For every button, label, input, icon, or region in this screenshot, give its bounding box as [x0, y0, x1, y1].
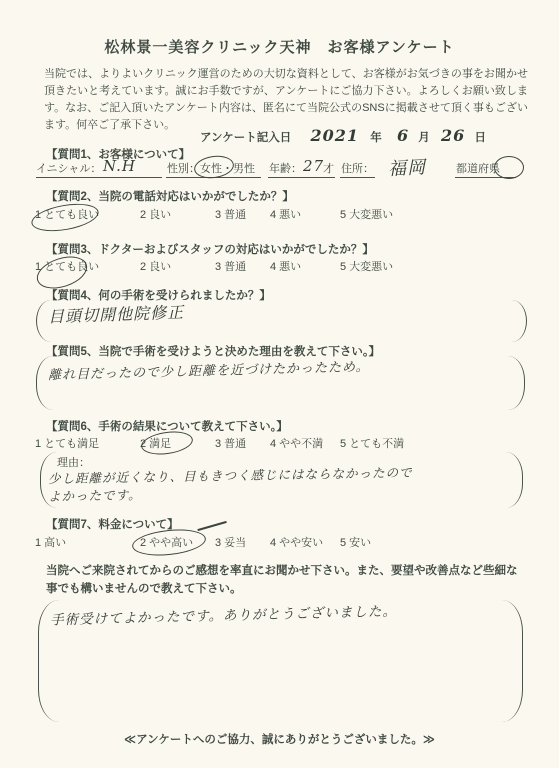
age-value-handwritten: 27: [303, 157, 324, 175]
age-label: 年齢：: [269, 160, 302, 176]
underline-address: [340, 176, 375, 178]
underline-age: [268, 176, 335, 178]
q3-option-3: 3 普通: [215, 258, 246, 274]
question1-row: イニシャル： N.H 性別： 女性・男性 年齢： 27 才 住所： 福岡 都道府…: [0, 160, 559, 182]
page-title: 松林景一美容クリニック天神 お客様アンケート: [0, 36, 559, 57]
date-row: アンケート記入日 2021 年 6 月 26 日: [200, 126, 486, 145]
handwritten-q5-answer: 離れ目だったので少し距離を近づけたかったため。: [48, 356, 370, 383]
q6-option-4: 4 やや不満: [270, 435, 323, 451]
date-year-suffix: 年: [370, 132, 382, 144]
closing-message: ≪アンケートへのご協力、誠にありがとうございました。≫: [0, 731, 559, 747]
question3-header: 【質問3、ドクターおよびスタッフの対応はいかがでしたか？】: [46, 241, 374, 257]
handwritten-q6-reason-line1: 少し距離が近くなり、目もきつく感じにはならなかったので: [48, 463, 413, 487]
q6-option-1: 1 とても満足: [35, 435, 99, 451]
selection-circle-q2: [29, 199, 100, 235]
question2-header: 【質問2、当院の電話対応はいかがでしたか？】: [46, 188, 294, 204]
handwritten-q4-answer: 目頭切開他院修正: [48, 300, 185, 328]
reason-bracket-right-q6: [506, 452, 523, 508]
question7-header: 【質問7、料金について】: [46, 516, 179, 532]
selection-circle-prefecture-unit: [494, 156, 524, 179]
date-month-suffix: 月: [418, 132, 430, 144]
q2-option-4: 4 悪い: [270, 206, 301, 222]
feedback-bracket-right: [502, 600, 523, 722]
q7-option-1: 1 高い: [35, 534, 66, 550]
q2-option-5: 5 大変悪い: [340, 206, 393, 222]
initial-value-handwritten: N.H: [103, 157, 136, 175]
address-label: 住所：: [341, 160, 374, 176]
q7-option-5: 5 安い: [340, 534, 371, 550]
age-suffix: 才: [323, 160, 334, 176]
handwritten-q6-reason-line2: よかったです。: [48, 485, 142, 505]
q7-option-4: 4 やや安い: [270, 534, 323, 550]
date-day-value: 26: [441, 126, 465, 145]
q6-option-3: 3 普通: [215, 435, 246, 451]
address-value-handwritten: 福岡: [387, 153, 426, 181]
q2-option-3: 3 普通: [215, 206, 246, 222]
q3-option-2: 2 良い: [140, 258, 171, 274]
q2-option-2: 2 良い: [140, 206, 171, 222]
selection-circle-q7-tail: [197, 521, 226, 531]
question7-options: 1 高い 2 やや高い 3 妥当 4 やや安い 5 安い: [0, 534, 559, 554]
handwritten-feedback-answer: 手術受けてよかったです。ありがとうございました。: [50, 599, 397, 628]
q7-option-3: 3 妥当: [215, 534, 246, 550]
feedback-prompt: 当院へご来院されてからのご感想を率直にお聞かせ下さい。また、要望や改善点など些細…: [46, 562, 524, 598]
survey-sheet: 松林景一美容クリニック天神 お客様アンケート 当院では、よりよいクリニック運営の…: [0, 0, 559, 768]
underline-initial: [36, 176, 162, 178]
answer-bracket-right-q5: [508, 356, 525, 410]
initial-label: イニシャル：: [36, 160, 101, 176]
q3-option-4: 4 悪い: [270, 258, 301, 274]
intro-text: 当院では、よりよいクリニック運営のための大切な資料として、お客様がお気づきの事を…: [44, 66, 528, 134]
date-day-suffix: 日: [474, 132, 486, 144]
date-label: アンケート記入日: [200, 132, 291, 144]
date-year-value: 2021: [311, 126, 360, 145]
date-month-value: 6: [397, 126, 409, 145]
q3-option-5: 5 大変悪い: [340, 258, 393, 274]
question6-options: 1 とても満足 2 満足 3 普通 4 やや不満 5 とても不満: [0, 435, 559, 455]
q6-option-5: 5 とても不満: [340, 435, 404, 451]
answer-bracket-right-q4: [510, 300, 527, 342]
